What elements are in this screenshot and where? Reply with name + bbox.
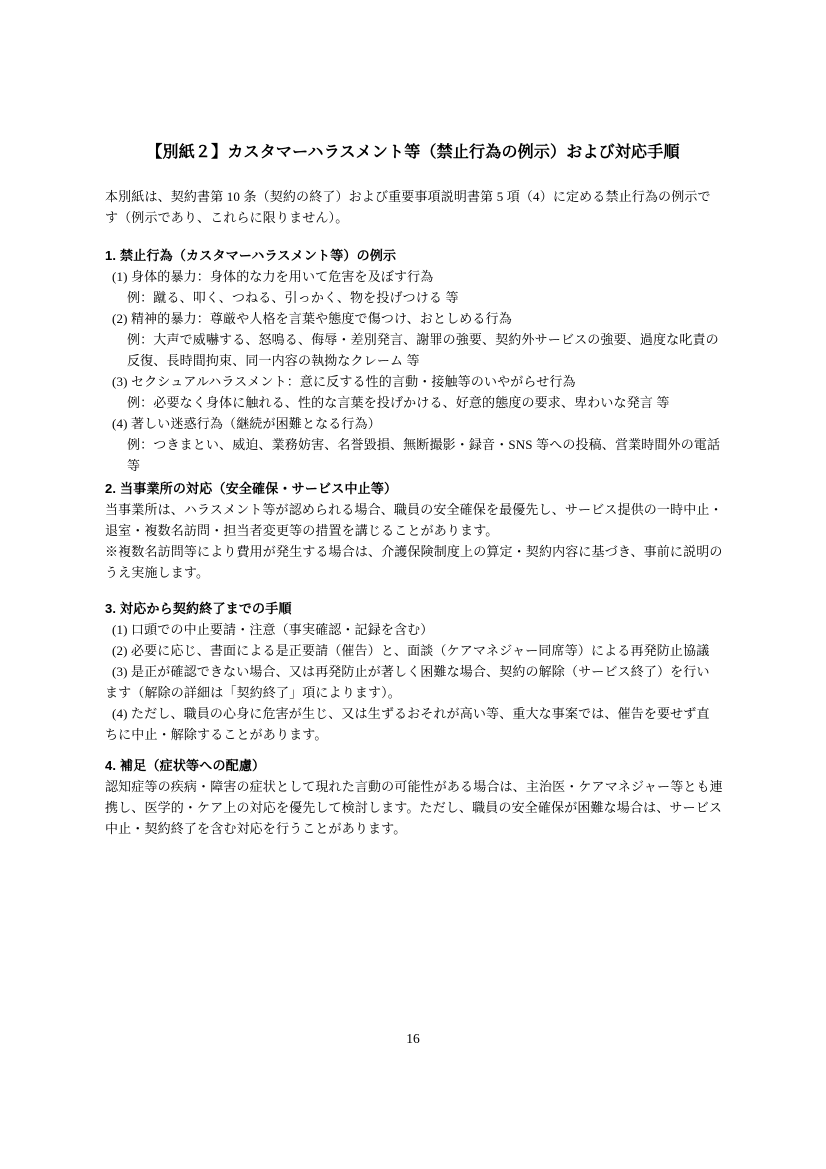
section-heading: 1. 禁止行為（カスタマーハラスメント等）の例示 — [105, 245, 721, 266]
doc-line: (4) ただし、職員の心身に危害が生じ、又は生ずるおそれが高い等、重大な事案では… — [105, 703, 721, 724]
doc-line: (1) 身体的暴力：身体的な力を用いて危害を及ぼす行為 — [105, 266, 721, 287]
doc-line: 中止・契約終了を含む対応を行うことがあります。 — [105, 818, 721, 839]
sections-container: 1. 禁止行為（カスタマーハラスメント等）の例示(1) 身体的暴力：身体的な力を… — [105, 245, 721, 839]
intro-line: 本別紙は、契約書第 10 条（契約の終了）および重要事項説明書第 5 項（4）に… — [105, 186, 721, 207]
doc-line: ます（解除の詳細は「契約終了」項によります）。 — [105, 682, 721, 703]
doc-line: 例：必要なく身体に触れる、性的な言葉を投げかける、好意的態度の要求、卑わいな発言… — [105, 392, 721, 413]
doc-line: 例：大声で威嚇する、怒鳴る、侮辱・差別発言、謝罪の強要、契約外サービスの強要、過… — [105, 329, 721, 350]
doc-line: 退室・複数名訪問・担当者変更等の措置を講じることがあります。 — [105, 520, 721, 541]
page-number: 16 — [0, 1030, 826, 1047]
document-title: 【別紙２】カスタマーハラスメント等（禁止行為の例示）および対応手順 — [105, 142, 721, 164]
doc-line: 等 — [105, 455, 721, 476]
document-content: 【別紙２】カスタマーハラスメント等（禁止行為の例示）および対応手順 本別紙は、契… — [105, 142, 721, 839]
section-heading: 2. 当事業所の対応（安全確保・サービス中止等） — [105, 478, 721, 499]
doc-line: ※複数名訪問等により費用が発生する場合は、介護保険制度上の算定・契約内容に基づき… — [105, 541, 721, 562]
intro-line: す（例示であり、これらに限りません）。 — [105, 207, 721, 228]
doc-line: 認知症等の疾病・障害の症状として現れた言動の可能性がある場合は、主治医・ケアマネ… — [105, 776, 721, 797]
doc-line: (1) 口頭での中止要請・注意（事実確認・記録を含む） — [105, 619, 721, 640]
doc-line: 当事業所は、ハラスメント等が認められる場合、職員の安全確保を最優先し、サービス提… — [105, 499, 721, 520]
doc-line: 例：つきまとい、威迫、業務妨害、名誉毀損、無断撮影・録音・SNS 等への投稿、営… — [105, 434, 721, 455]
doc-line: (3) 是正が確認できない場合、又は再発防止が著しく困難な場合、契約の解除（サー… — [105, 661, 721, 682]
intro-paragraph: 本別紙は、契約書第 10 条（契約の終了）および重要事項説明書第 5 項（4）に… — [105, 186, 721, 228]
doc-line: ちに中止・解除することがあります。 — [105, 724, 721, 745]
doc-line: (3) セクシュアルハラスメント：意に反する性的言動・接触等のいやがらせ行為 — [105, 371, 721, 392]
doc-line: うえ実施します。 — [105, 562, 721, 583]
doc-line: 携し、医学的・ケア上の対応を優先して検討します。ただし、職員の安全確保が困難な場… — [105, 797, 721, 818]
section-1: 1. 禁止行為（カスタマーハラスメント等）の例示(1) 身体的暴力：身体的な力を… — [105, 245, 721, 476]
section-2: 2. 当事業所の対応（安全確保・サービス中止等）当事業所は、ハラスメント等が認め… — [105, 478, 721, 583]
doc-line: (4) 著しい迷惑行為（継続が困難となる行為） — [105, 413, 721, 434]
section-4: 4. 補足（症状等への配慮）認知症等の疾病・障害の症状として現れた言動の可能性が… — [105, 755, 721, 839]
doc-line: (2) 必要に応じ、書面による是正要請（催告）と、面談（ケアマネジャー同席等）に… — [105, 640, 721, 661]
section-3: 3. 対応から契約終了までの手順(1) 口頭での中止要請・注意（事実確認・記録を… — [105, 598, 721, 745]
section-heading: 3. 対応から契約終了までの手順 — [105, 598, 721, 619]
doc-line: 反復、長時間拘束、同一内容の執拗なクレーム 等 — [105, 350, 721, 371]
doc-line: (2) 精神的暴力：尊厳や人格を言葉や態度で傷つけ、おとしめる行為 — [105, 308, 721, 329]
doc-line: 例：蹴る、叩く、つねる、引っかく、物を投げつける 等 — [105, 287, 721, 308]
section-heading: 4. 補足（症状等への配慮） — [105, 755, 721, 776]
